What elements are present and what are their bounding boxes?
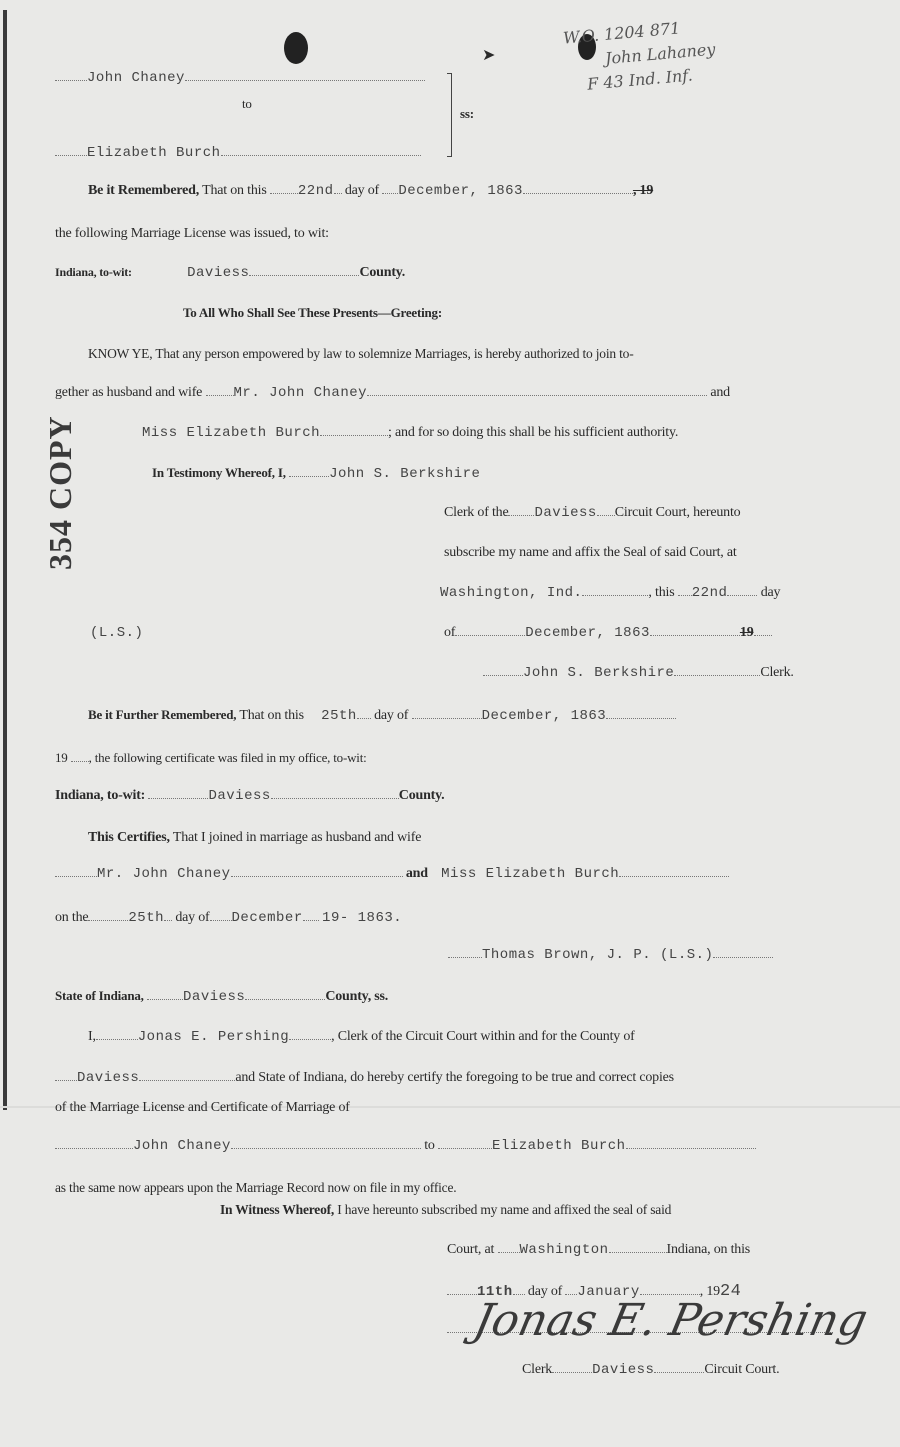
ss-label: ss: bbox=[460, 106, 474, 122]
clerk-handwritten-signature: Jonas E. Pershing bbox=[470, 1295, 872, 1346]
attest-state-line: State of Indiana, DaviessCounty, ss. bbox=[55, 988, 388, 1005]
punch-hole bbox=[284, 32, 308, 64]
attest-certify-line: Daviessand State of Indiana, do hereby c… bbox=[55, 1070, 674, 1086]
issued-line: the following Marriage License was issue… bbox=[55, 226, 329, 242]
clerk-signature-line: John S. BerkshireClerk. bbox=[483, 665, 794, 681]
know-ye-line-3: Miss Elizabeth Burch; and for so doing t… bbox=[142, 425, 678, 441]
copy-stamp: 354 COPY bbox=[42, 415, 79, 570]
handwritten-note: W.O. 1204 871 John Lahaney F 43 Ind. Inf… bbox=[562, 14, 718, 99]
attest-clerk-line: I,Jonas E. Pershing, Clerk of the Circui… bbox=[88, 1029, 635, 1045]
witness-line: In Witness Whereof, I have hereunto subs… bbox=[220, 1202, 671, 1218]
seal-label: (L.S.) bbox=[90, 625, 143, 641]
testimony-line: In Testimony Whereof, I, John S. Berkshi… bbox=[152, 465, 480, 482]
clerk-of-line: Clerk of theDaviessCircuit Court, hereun… bbox=[444, 505, 740, 521]
officiant-line: Thomas Brown, J. P. (L.S.) bbox=[448, 945, 773, 963]
married-date-line: on the25th day ofDecember 19- 1863. bbox=[55, 910, 402, 926]
attest-record-line: as the same now appears upon the Marriag… bbox=[55, 1180, 456, 1196]
subscribe-line: subscribe my name and affix the Seal of … bbox=[444, 545, 737, 561]
caption-bracket bbox=[447, 73, 452, 157]
filed-line: 19 , the following certificate was filed… bbox=[55, 750, 367, 766]
court-at-line: Court, at WashingtonIndiana, on this bbox=[447, 1242, 750, 1258]
remembered-line: Be it Remembered, That on this 22nd day … bbox=[88, 183, 653, 199]
certificate-state-line: Indiana, to-wit: DaviessCounty. bbox=[55, 788, 444, 804]
groom-caption: John Chaney bbox=[55, 68, 425, 86]
binding-edge bbox=[3, 10, 7, 1110]
greeting-heading: To All Who Shall See These Presents—Gree… bbox=[183, 305, 442, 321]
license-state-line: Indiana, to-wit: DaviessCounty. bbox=[55, 265, 405, 281]
to-label: to bbox=[242, 96, 252, 112]
certifies-line: This Certifies, That I joined in marriag… bbox=[88, 830, 421, 846]
month-line: ofDecember, 186319 bbox=[444, 625, 772, 641]
place-line: Washington, Ind., this 22nd day bbox=[440, 585, 780, 601]
further-remembered-line: Be it Further Remembered, That on this 2… bbox=[88, 707, 676, 724]
mark-icon: ➤ bbox=[482, 45, 495, 65]
attest-parties-line: John Chaney to Elizabeth Burch bbox=[55, 1138, 756, 1154]
know-ye-line-2: gether as husband and wife Mr. John Chan… bbox=[55, 385, 730, 401]
attest-of-line: of the Marriage License and Certificate … bbox=[55, 1100, 350, 1116]
clerk-circuit-line: ClerkDaviessCircuit Court. bbox=[522, 1362, 779, 1378]
couple-line: Mr. John Chaney and Miss Elizabeth Burch bbox=[55, 866, 729, 882]
marriage-record-page: ➤ John Chaney to Elizabeth Burch ss: W.O… bbox=[0, 0, 900, 1447]
know-ye-line-1: KNOW YE, That any person empowered by la… bbox=[88, 346, 634, 362]
bride-caption: Elizabeth Burch bbox=[55, 143, 421, 161]
